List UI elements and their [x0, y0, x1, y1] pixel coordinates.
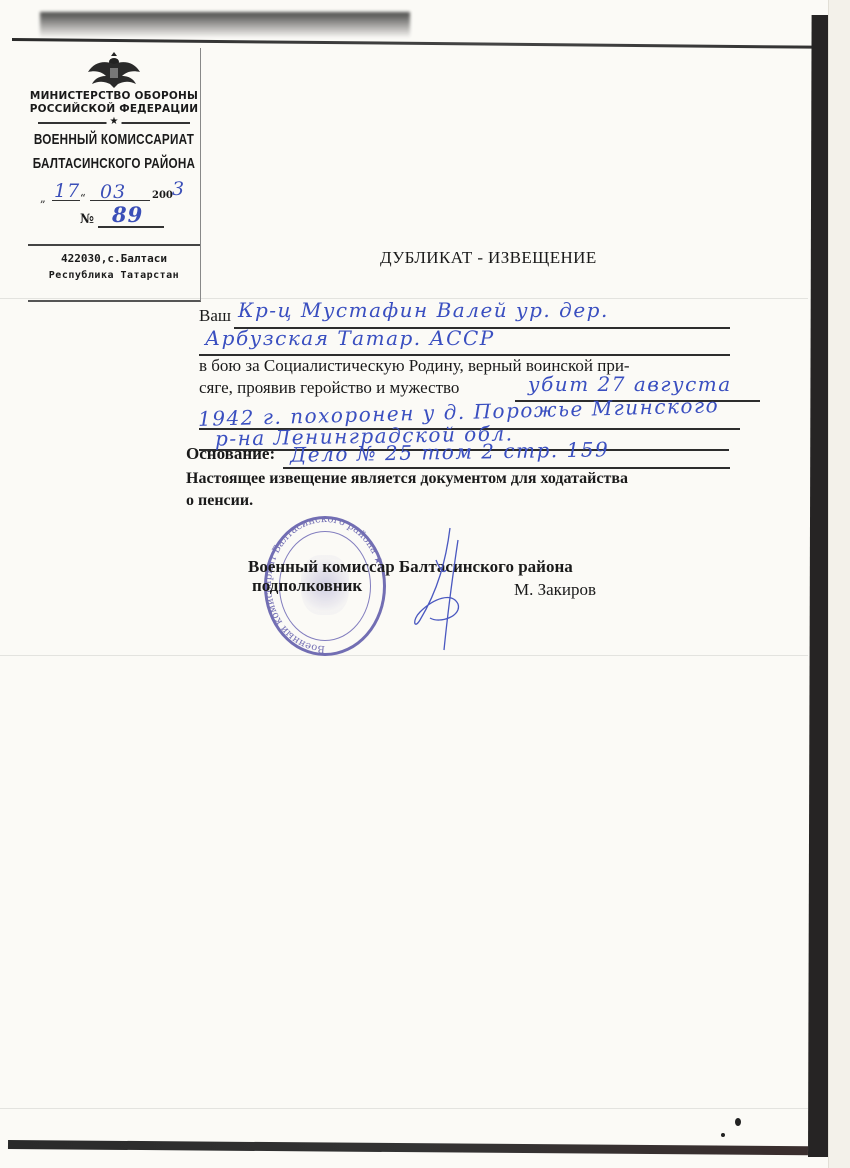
note-line-1: Настоящее извещение является документом …	[186, 470, 628, 488]
date-day-underline	[52, 200, 80, 201]
address-line-1: 422030,с.Балтаси	[28, 250, 200, 267]
your-label: Ваш	[199, 306, 231, 326]
ministry-line-1: МИНИСТЕРСТВО ОБОРОНЫ	[28, 90, 200, 103]
office-line-2: БАЛТАСИНСКОГО РАЙОНА	[24, 152, 205, 176]
ink-speck	[735, 1118, 741, 1126]
note-line-2: о пенсии.	[186, 492, 253, 510]
corner-stamp: МИНИСТЕРСТВО ОБОРОНЫ РОССИЙСКОЙ ФЕДЕРАЦИ…	[28, 48, 201, 302]
signature-scribble	[400, 520, 470, 665]
star-icon: ★	[107, 115, 122, 129]
paper-fold	[0, 1108, 808, 1109]
date-month-underline	[90, 200, 150, 201]
scan-edge-right	[828, 0, 850, 1168]
date-quote-open: „	[40, 192, 46, 205]
scan-shadow-right	[808, 15, 828, 1157]
address-line-2: Республика Татарстан	[28, 267, 200, 284]
document-title: ДУБЛИКАТ - ИЗВЕЩЕНИЕ	[380, 248, 597, 268]
date-quote-close: “	[80, 192, 86, 205]
office-line-1: ВОЕННЫЙ КОМИССАРИАТ	[24, 128, 205, 152]
number-value: 89	[112, 202, 143, 227]
date-year-digit: 3	[172, 178, 185, 200]
stamp-number: № 89	[28, 206, 200, 230]
signer-rank: подполковник	[252, 576, 362, 596]
stamp-address: 422030,с.Балтаси Республика Татарстан	[28, 244, 200, 284]
recipient-handwritten-2: Арбузская Татар. АССР	[205, 326, 495, 350]
fate-handwritten-1: убит 27 августа	[528, 372, 732, 396]
double-headed-eagle-icon	[84, 50, 144, 90]
date-year-prefix: 200	[152, 190, 173, 201]
number-underline	[98, 226, 164, 228]
scan-shadow-bottom	[8, 1140, 808, 1155]
stamp-divider: ★	[38, 122, 190, 124]
basis-label: Основание:	[186, 444, 275, 464]
sentence-line-2: сяге, проявив геройство и мужество	[199, 378, 459, 398]
number-label: №	[80, 212, 94, 227]
scan-smear-top	[40, 12, 410, 38]
signer-name: М. Закиров	[514, 580, 596, 600]
basis-handwritten: Дело № 25 том 2 стр. 159	[290, 437, 610, 467]
ink-speck	[721, 1133, 725, 1137]
date-day: 17	[54, 180, 80, 202]
recipient-handwritten-1: Кр-ц Мустафин Валей ур. дер.	[238, 298, 609, 322]
fill-line	[283, 467, 730, 469]
